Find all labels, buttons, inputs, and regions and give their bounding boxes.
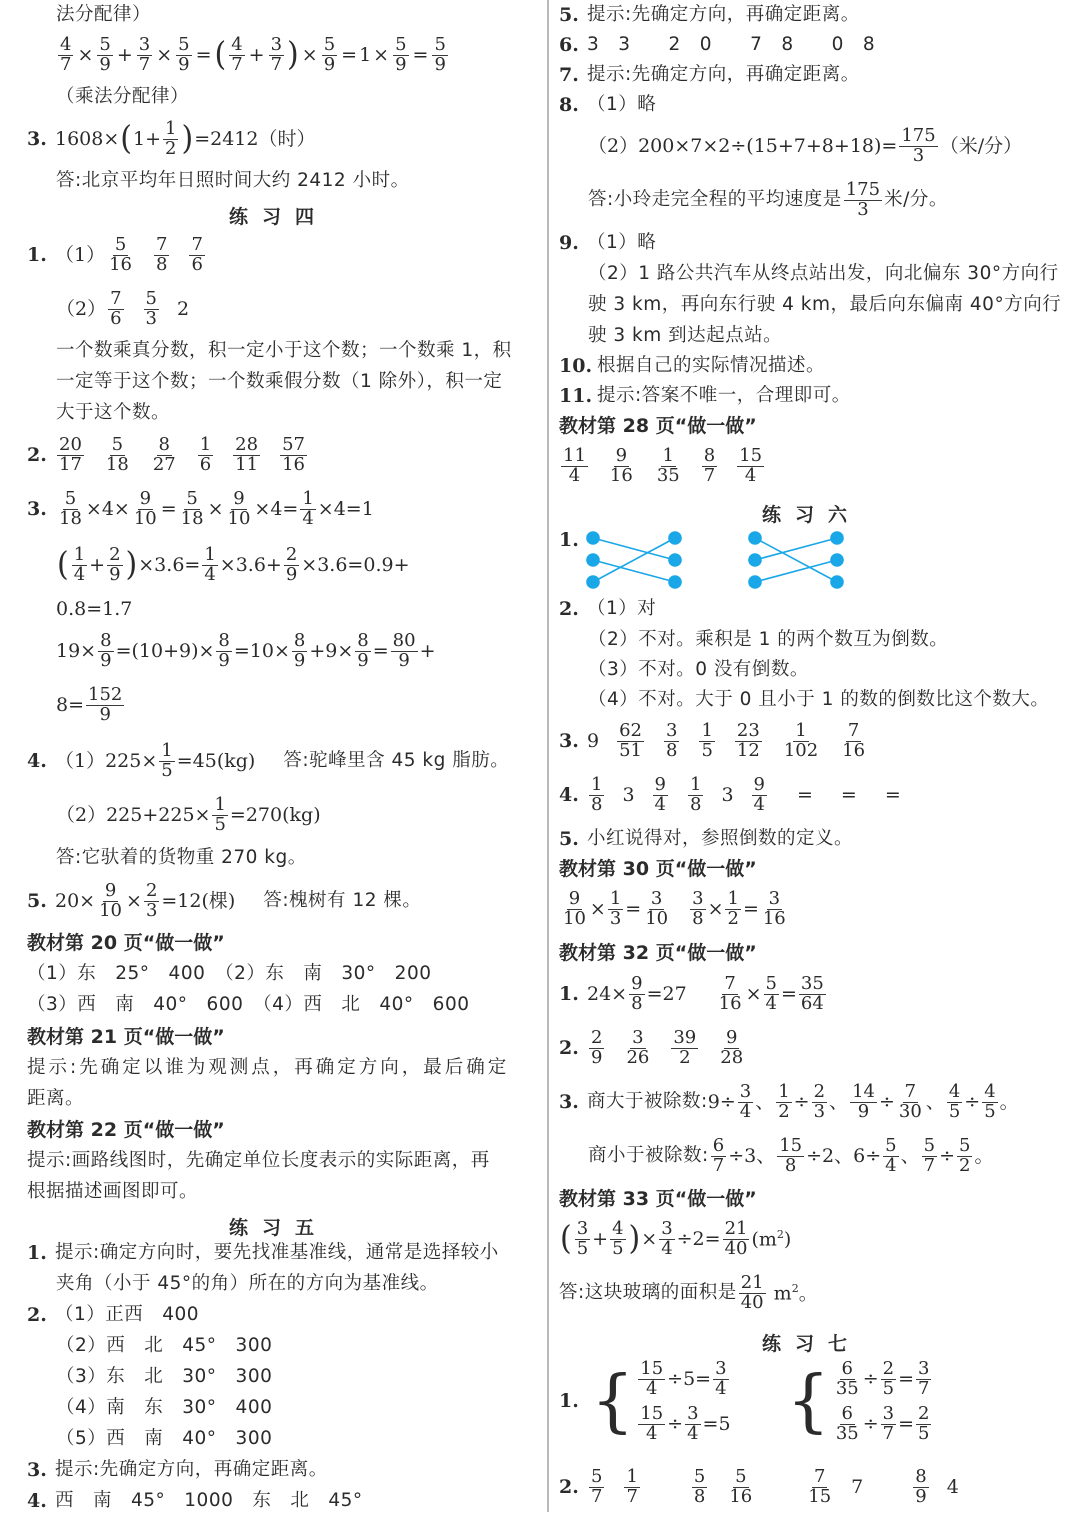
p20-line-1: （1）东 25° 400 （2）东 南 30° 200 — [27, 965, 432, 984]
textbook-page-20-heading: 教材第 20 页“做一做” — [27, 934, 225, 953]
p32-question-3-less: 商小于被除数: 67÷3、 158÷2、6÷ 54、 57÷52。 — [588, 1137, 993, 1176]
q9-line: （2）1 路公共汽车从终点站出发，向北偏东 30°方向行 — [588, 265, 1059, 284]
ex6-q2-item: （3）不对。0 没有倒数。 — [588, 661, 809, 680]
question-3: 3. 1608×(1+ 12 )=2412（时） — [27, 120, 315, 159]
ex4-question-3-line-3: 0.8=1.7 — [56, 600, 132, 619]
ex6-q2-item: （4）不对。大于 0 且小于 1 的数的倒数比这个数大。 — [588, 691, 1049, 710]
p28-fractions: 114 916 135 87 154 — [559, 447, 766, 486]
answer-text: 答:它驮着的货物重 270 kg。 — [56, 849, 307, 868]
ex7-question-2: 2. 57 17 58 516 7157 894 — [559, 1468, 959, 1507]
textbook-page-33-heading: 教材第 33 页“做一做” — [559, 1190, 757, 1209]
p32-question-3-greater: 3.商大于被除数: 9÷34、 12÷23、 149÷730、 45÷45。 — [559, 1083, 1019, 1122]
ex5-question-8-part-2: （2）200×7×2÷(15+7+8+18)=1753（米/分） — [588, 127, 1022, 166]
ex5-q2-item: （3）东 北 30° 300 — [56, 1368, 272, 1387]
ex4-question-1-part-2: （2） 76 53 2 — [56, 290, 189, 329]
p32-question-1: 1. 24×98=27 716×54=3564 — [559, 975, 828, 1014]
continuation-text: （乘法分配律） — [56, 88, 189, 107]
ex4-question-3-line-2: (14+29) ×3.6=14×3.6+29×3.6=0.9+ — [56, 546, 410, 585]
ex5-question-11: 11.提示:答案不唯一，合理即可。 — [559, 387, 851, 406]
textbook-page-21-heading: 教材第 21 页“做一做” — [27, 1028, 225, 1047]
column-divider — [547, 0, 549, 1512]
p21-line-1: 提示:先确定以谁为观测点，再确定方向，最后确定 — [27, 1059, 509, 1078]
ex6-question-1: 1. — [559, 531, 587, 550]
ex5-question-8: 8.（1）略 — [559, 96, 656, 115]
ex5-q2-item: （4）南 东 30° 400 — [56, 1399, 272, 1418]
p32-question-2: 2. 29 326 392 928 — [559, 1029, 747, 1068]
textbook-page-30-heading: 教材第 30 页“做一做” — [559, 860, 757, 879]
ex4-question-3-line-4: 19×89=(10+9)×89 =10×89+9×89=809+ — [56, 632, 436, 671]
ex5-question-2: 2.（1）正西 400 — [27, 1306, 199, 1325]
section-title-exercise-4: 练习四 — [229, 202, 328, 229]
p22-line-1: 提示:画路线图时，先确定单位长度表示的实际距离，再 — [27, 1152, 490, 1171]
continuation-text: 法分配律） — [56, 6, 151, 25]
p30-equations: 910×13=310 38×12=316 — [559, 890, 790, 929]
p22-line-2: 根据描述画图即可。 — [27, 1183, 198, 1202]
ex5-question-10: 10.根据自己的实际情况描述。 — [559, 357, 825, 376]
explanation-line: 一定等于这个数；一个数乘假分数（1 除外），积一定 — [56, 373, 502, 392]
ex5-q2-item: （2）西 北 45° 300 — [56, 1337, 272, 1356]
ex5-question-1: 1.提示:确定方向时，要先找准基准线，通常是选择较小 — [27, 1244, 499, 1263]
ex5-question-6: 6.3 3 2 0 7 8 0 8 — [559, 36, 875, 55]
matching-diagram — [584, 530, 884, 590]
ex6-q2-item: （2）不对。乘积是 1 的两个数互为倒数。 — [588, 631, 948, 650]
ex4-question-3-line-5: 8=1529 — [56, 686, 126, 725]
answer-text: 答:北京平均年日照时间大约 2412 小时。 — [56, 172, 410, 191]
ex5-question-9: 9.（1）略 — [559, 234, 656, 253]
ex6-question-2: 2.（1）对 — [559, 600, 656, 619]
textbook-page-32-heading: 教材第 32 页“做一做” — [559, 944, 757, 963]
p33-answer: 答:这块玻璃的面积是 2140 m2。 — [559, 1274, 818, 1313]
textbook-page-28-heading: 教材第 28 页“做一做” — [559, 417, 757, 436]
q9-line: 驶 3 km 到达起点站。 — [588, 327, 782, 346]
ex7-question-1: 1. { 154÷5=34 154÷34=5 { 635÷25=37 635÷3… — [559, 1360, 933, 1444]
ex6-question-3: 3.9 6251 38 15 2312 1102 716 — [559, 722, 869, 761]
ex4-question-1-part-1: 1.（1） 516 78 76 — [27, 236, 207, 275]
ex6-question-4: 4. 18 3 94 18 3 94 = = = — [559, 776, 901, 815]
ex5-question-3: 3.提示:先确定方向，再确定距离。 — [27, 1461, 328, 1480]
ex5-question-5: 5.提示:先确定方向，再确定距离。 — [559, 6, 860, 25]
section-title-exercise-6: 练习六 — [762, 500, 861, 527]
ex4-question-4-part-1: 4.（1）225× 15=45(kg) 答:驼峰里含 45 kg 脂肪。 — [27, 742, 509, 781]
ex4-question-3-line-1: 3. 518×4×910= 518×910×4= 14×4=1 — [27, 490, 374, 529]
section-title-exercise-7: 练习七 — [762, 1329, 861, 1356]
ex5-question-1-line-2: 夹角（小于 45°的角）所在的方向为基准线。 — [56, 1275, 439, 1294]
ex5-question-7: 7.提示:先确定方向，再确定距离。 — [559, 66, 860, 85]
distributive-equation: 47× 59+ 37× 59= ( 47+ 37 )× 59=1× 59= 59 — [56, 36, 450, 75]
ex4-question-2: 2. 2017 518 827 16 2811 5716 — [27, 436, 309, 475]
ex4-question-4-part-2: （2）225+225×15=270(kg) — [56, 796, 321, 835]
ex5-question-4: 4.西 南 45° 1000 东 北 45° — [27, 1492, 363, 1511]
textbook-page-22-heading: 教材第 22 页“做一做” — [27, 1121, 225, 1140]
explanation-line: 大于这个数。 — [56, 404, 170, 423]
ex5-question-8-answer: 答:小玲走完全程的平均速度是1753米/分。 — [588, 181, 948, 220]
section-title-exercise-5: 练习五 — [229, 1213, 328, 1240]
p21-line-2: 距离。 — [27, 1090, 84, 1109]
p33-equation: (35+45) ×34÷2=2140(m2) — [559, 1220, 791, 1259]
ex4-question-5: 5.20× 910×23 =12(棵)答:槐树有 12 棵。 — [27, 882, 421, 921]
ex5-q2-item: （5）西 南 40° 300 — [56, 1430, 272, 1449]
ex6-question-5: 5.小红说得对，参照倒数的定义。 — [559, 830, 853, 849]
explanation-line: 一个数乘真分数，积一定小于这个数；一个数乘 1，积 — [56, 342, 512, 361]
p20-line-2: （3）西 南 40° 600 （4）西 北 40° 600 — [27, 996, 470, 1015]
q9-line: 驶 3 km，再向东行驶 4 km，最后向东偏南 40°方向行 — [588, 296, 1061, 315]
